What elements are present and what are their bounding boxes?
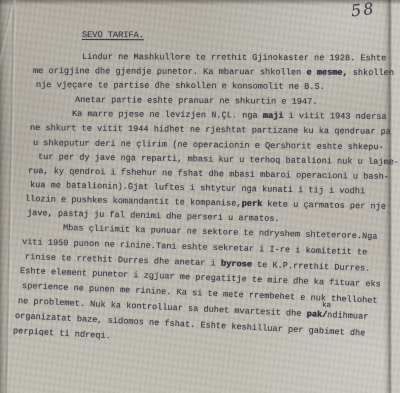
typed-line: ne shkurt te vitit 1944 hidhet ne rjesht… <box>30 123 391 137</box>
typed-line: Lindur ne Mashkullore te rrethit Gjinoka… <box>82 52 386 63</box>
typed-line: jave, pastaj ju fal denimi dhe perseri u… <box>27 208 280 224</box>
typed-line: nje vjeçare te partise dhe shkollen e ko… <box>36 80 325 92</box>
scanned-document-page: 58 SEVO TARIFA.Lindur ne Mashkullore te … <box>0 0 400 393</box>
typed-line: tur per dy jave nga reparti, mbasi kur u… <box>38 152 399 167</box>
typewritten-text-block: SEVO TARIFA.Lindur ne Mashkullore te rre… <box>0 0 400 393</box>
typed-line: Ka marre pjese ne levizjen N.ÇL. nga maj… <box>72 109 387 122</box>
typed-line: perpiqet ti ndreqi. <box>13 326 111 341</box>
typed-line: rua, ky qendroi i fshehur ne fshat dhe m… <box>28 166 389 182</box>
typed-line: u shkeputur deri ne çlirim (ne operacion… <box>33 138 384 152</box>
typed-line: me origjine dhe gjendje punetor. Ka mbar… <box>33 66 394 78</box>
handtyped-insertion-word: ka <box>322 302 331 310</box>
typed-line: Anetar partie eshte pranuar ne shkurtin … <box>75 95 317 107</box>
document-title-line: SEVO TARIFA. <box>82 30 144 40</box>
